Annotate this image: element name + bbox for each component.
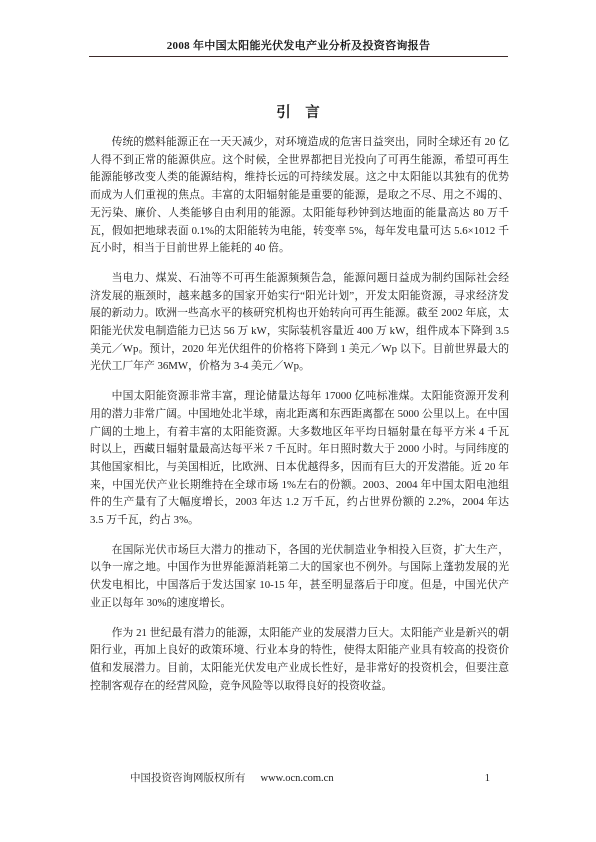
- paragraph: 作为 21 世纪最有潜力的能源，太阳能产业的发展潜力巨大。太阳能产业是新兴的朝阳…: [90, 625, 509, 696]
- page-number: 1: [485, 773, 490, 784]
- paragraph: 中国太阳能资源非常丰富，理论储量达每年 17000 亿吨标准煤。太阳能资源开发利…: [90, 388, 509, 530]
- paragraph: 当电力、煤炭、石油等不可再生能源频频告急，能源问题日益成为制约国际社会经济发展的…: [90, 270, 509, 376]
- page-footer: 中国投资咨询网版权所有 www.ocn.com.cn 1: [90, 770, 508, 785]
- paragraph: 在国际光伏市场巨大潜力的推动下，各国的光伏制造业争相投入巨资，扩大生产，以争一席…: [90, 542, 509, 613]
- document-title: 引 言: [0, 101, 596, 122]
- running-header-title: 2008 年中国太阳能光伏发电产业分析及投资咨询报告: [89, 37, 508, 53]
- footer-copyright: 中国投资咨询网版权所有: [130, 770, 246, 785]
- header-rule: [89, 56, 508, 57]
- document-body: 传统的燃料能源正在一天天减少，对环境造成的危害日益突出，同时全球还有 20 亿人…: [90, 134, 509, 707]
- footer-url: www.ocn.com.cn: [261, 773, 334, 784]
- document-page: 2008 年中国太阳能光伏发电产业分析及投资咨询报告 引 言 传统的燃料能源正在…: [0, 0, 596, 842]
- paragraph: 传统的燃料能源正在一天天减少，对环境造成的危害日益突出，同时全球还有 20 亿人…: [90, 134, 509, 258]
